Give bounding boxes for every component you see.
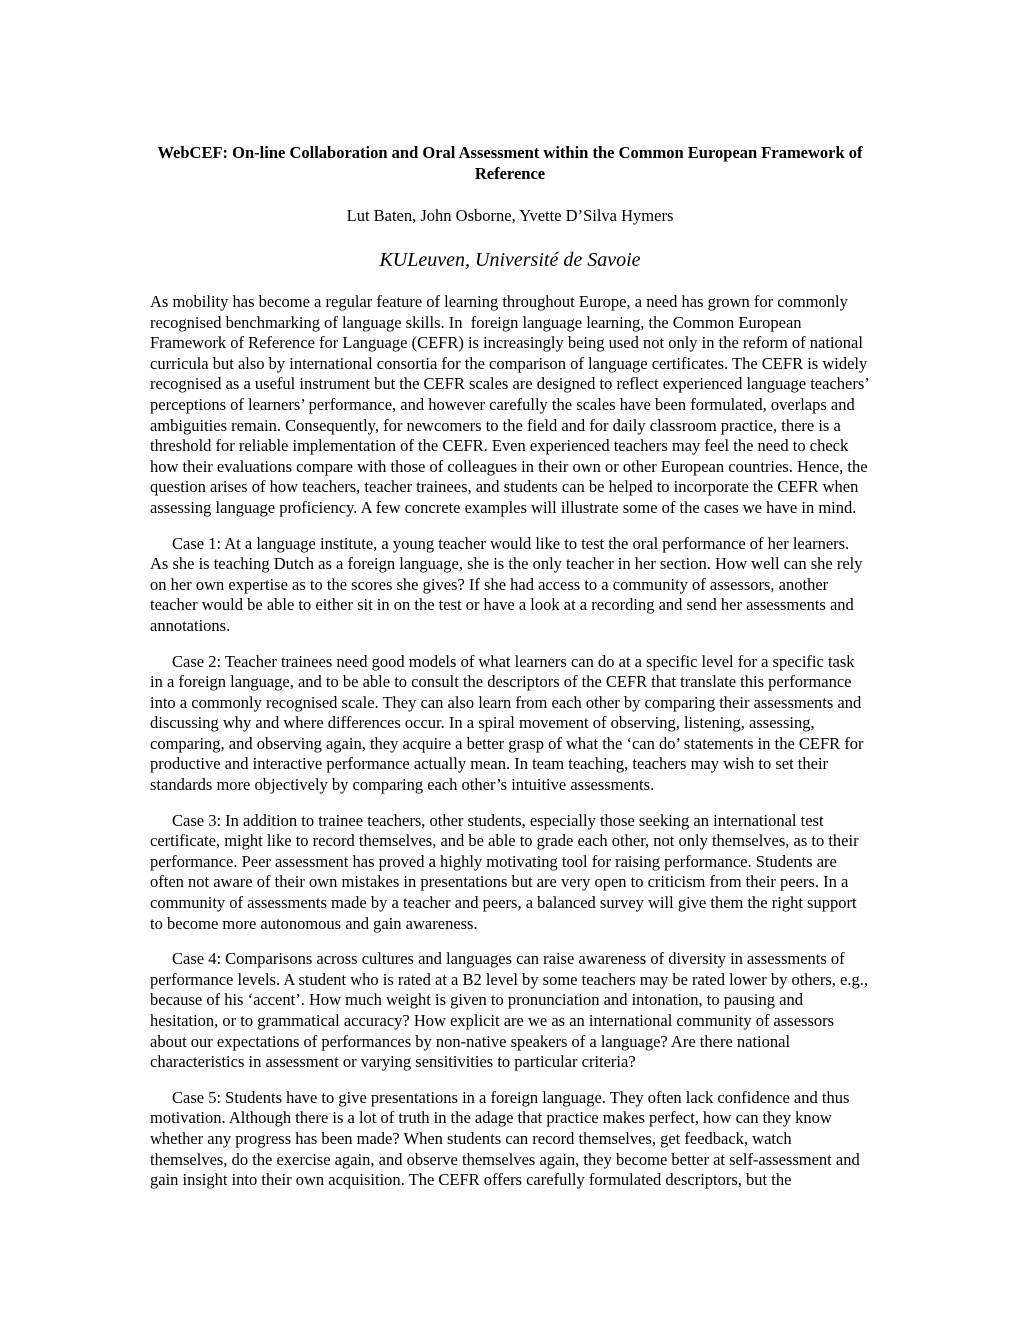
paragraph: Case 5: Students have to give presentati… (150, 1088, 870, 1191)
paragraph: As mobility has become a regular feature… (150, 292, 870, 519)
paper-title: WebCEF: On-line Collaboration and Oral A… (150, 142, 870, 184)
paragraph: Case 3: In addition to trainee teachers,… (150, 811, 870, 935)
authors-line: Lut Baten, John Osborne, Yvette D’Silva … (150, 205, 870, 226)
paragraph: Case 2: Teacher trainees need good model… (150, 652, 870, 796)
paragraph: Case 4: Comparisons across cultures and … (150, 949, 870, 1073)
paragraph-list: As mobility has become a regular feature… (150, 292, 870, 1191)
paragraph: Case 1: At a language institute, a young… (150, 534, 870, 637)
document-page: WebCEF: On-line Collaboration and Oral A… (0, 0, 1020, 1320)
affiliation-line: KULeuven, Université de Savoie (150, 247, 870, 273)
